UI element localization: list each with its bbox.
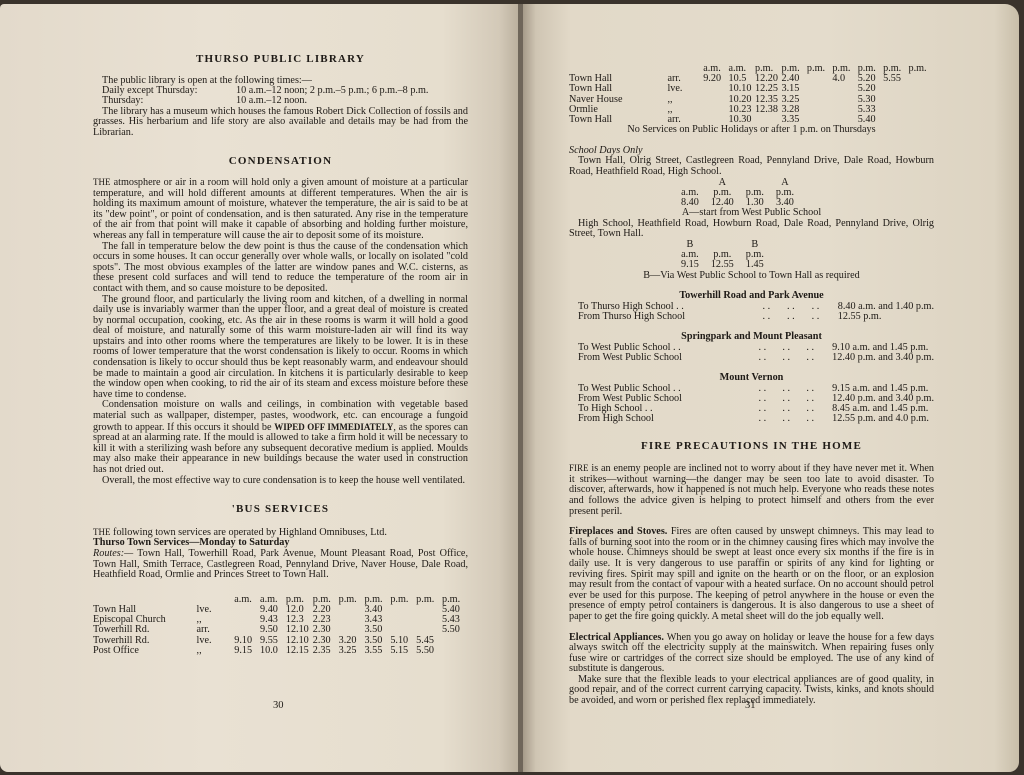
timetable-header-row: a.m.a.m.p.m.p.m.p.m.p.m.p.m.p.m.p.m. xyxy=(93,595,468,605)
right-page-content: a.m.a.m.p.m.p.m.p.m.p.m.p.m.p.m.p.m.Town… xyxy=(569,64,934,707)
condensation-p2: The fall in temperature below the dew po… xyxy=(93,242,468,295)
condensation-p4: Condensation moisture on walls and ceili… xyxy=(93,400,468,475)
departure-time xyxy=(908,84,934,94)
period-label: p.m. xyxy=(416,595,442,605)
page-number-left: 30 xyxy=(273,700,284,711)
period-label: p.m. xyxy=(908,64,934,74)
departure-time xyxy=(908,115,934,125)
departure-time xyxy=(832,105,857,115)
leader-dots: . . xyxy=(750,353,774,363)
departure-time xyxy=(442,646,468,656)
condensation-heading: CONDENSATION xyxy=(93,156,468,167)
direction: lve. xyxy=(667,84,703,94)
schedule-a: AAa.m.p.m.p.m.p.m.8.4012.401.303.40 xyxy=(675,178,800,209)
period-label: p.m. xyxy=(339,595,365,605)
departure-time: 5.15 xyxy=(390,646,416,656)
timetable-row: Town Hallarr.9.2010.512.202.404.05.205.5… xyxy=(569,74,934,84)
timetable-row: Town Halllve.10.1012.253.155.20 xyxy=(569,84,934,94)
leader-dots: . . xyxy=(798,414,822,424)
leader-dots: . . xyxy=(779,312,804,322)
route-time: 12.55 p.m. xyxy=(828,312,934,322)
fireplaces-paragraph: Fireplaces and Stoves. Fires are often c… xyxy=(569,527,934,622)
departure-time: 3.55 xyxy=(364,646,390,656)
departure-time xyxy=(807,105,832,115)
electrical-paragraph: Electrical Appliances. When you go away … xyxy=(569,633,934,675)
leader-dots: . . xyxy=(798,353,822,363)
departure-time xyxy=(390,605,416,615)
departure-time xyxy=(234,605,260,615)
departure-time xyxy=(832,95,857,105)
note-b: B—Via West Public School to Town Hall as… xyxy=(569,271,934,282)
school-route-table: To West Public School . .. .. .. .9.10 a… xyxy=(578,343,934,363)
departure-time xyxy=(883,95,908,105)
timetable-row: Episcopal Church,,9.4312.32.233.435.43 xyxy=(93,615,468,625)
departure-time xyxy=(416,615,442,625)
direction: ,, xyxy=(667,95,703,105)
fire-intro: FIRE is an enemy people are inclined not… xyxy=(569,463,934,517)
departure-time xyxy=(908,95,934,105)
page-number-right: 31 xyxy=(745,700,756,711)
leader-dots: . . xyxy=(774,353,798,363)
schedule-b: BBa.m.p.m.p.m.9.1512.551.45 xyxy=(675,240,770,271)
route-stop: From West Public School xyxy=(578,353,750,363)
bus-timetable-continued: a.m.a.m.p.m.p.m.p.m.p.m.p.m.p.m.p.m.Town… xyxy=(569,64,934,125)
timetable-row: Towerhill Rd.lve.9.109.5512.102.303.203.… xyxy=(93,636,468,646)
departure-time xyxy=(416,605,442,615)
timetable-row: Ormlie,,10.2312.383.285.33 xyxy=(569,105,934,115)
departure-time xyxy=(703,84,728,94)
departure-time: 9.20 xyxy=(703,74,728,84)
school-route-row: From Thurso High School. .. .. .12.55 p.… xyxy=(578,312,934,322)
no-service-note: No Services on Public Holidays or after … xyxy=(569,125,934,136)
school-route-row: From West Public School. .. .. .12.40 p.… xyxy=(578,353,934,363)
timetable-row: Naver House,,10.2012.353.255.30 xyxy=(569,95,934,105)
bus-heading: 'BUS SERVICES xyxy=(93,504,468,515)
bus-timetable: a.m.a.m.p.m.p.m.p.m.p.m.p.m.p.m.p.m.Town… xyxy=(93,595,468,656)
timetable-row: Post Office,,9.1510.012.152.353.253.555.… xyxy=(93,646,468,656)
departure-time: 5.50 xyxy=(442,625,468,635)
departure-time: 2.35 xyxy=(313,646,339,656)
departure-time: 3.25 xyxy=(339,646,365,656)
route-time: 12.40 p.m. and 3.40 p.m. xyxy=(822,353,934,363)
fire-heading: FIRE PRECAUTIONS IN THE HOME xyxy=(569,441,934,452)
departure-time xyxy=(807,74,832,84)
departure-time: 10.0 xyxy=(260,646,286,656)
departure-time: 9.15 xyxy=(234,646,260,656)
stop-name: Post Office xyxy=(93,646,197,656)
departure-time xyxy=(703,105,728,115)
left-page-content: THURSO PUBLIC LIBRARY The public library… xyxy=(93,54,468,656)
direction: ,, xyxy=(197,646,235,656)
library-heading: THURSO PUBLIC LIBRARY xyxy=(93,54,468,65)
leader-dots: . . xyxy=(803,312,828,322)
route-stop: From Thurso High School xyxy=(578,312,754,322)
bus-routes: Routes:— Town Hall, Towerhill Road, Park… xyxy=(93,549,468,581)
school-route-table: To West Public School . .. .. .. .9.15 a… xyxy=(578,384,934,425)
timetable-header-row: a.m.a.m.p.m.p.m.p.m.p.m.p.m.p.m.p.m. xyxy=(569,64,934,74)
route-time: 12.55 p.m. and 4.0 p.m. xyxy=(822,414,934,424)
departure-time xyxy=(908,105,934,115)
route-stop: From High School xyxy=(578,414,750,424)
departure-time xyxy=(832,84,857,94)
direction: lve. xyxy=(197,605,235,615)
departure-time xyxy=(883,105,908,115)
school-route-b: High School, Heathfield Road, Howburn Ro… xyxy=(569,219,934,240)
departure-time xyxy=(807,95,832,105)
school-route-row: From High School. .. .. .12.55 p.m. and … xyxy=(578,414,934,424)
book-spine xyxy=(518,4,523,772)
departure-time: 5.55 xyxy=(883,74,908,84)
departure-time xyxy=(807,84,832,94)
period-label: p.m. xyxy=(807,64,832,74)
school-routes: Towerhill Road and Park AvenueTo Thurso … xyxy=(569,281,934,424)
period-label: a.m. xyxy=(234,595,260,605)
departure-time xyxy=(339,615,365,625)
departure-time xyxy=(883,84,908,94)
departure-time xyxy=(908,74,934,84)
leader-dots: . . xyxy=(774,414,798,424)
departure-time xyxy=(883,115,908,125)
condensation-p3: The ground floor, and particularly the l… xyxy=(93,295,468,401)
departure-time xyxy=(234,615,260,625)
leader-dots: . . xyxy=(754,312,779,322)
timetable-row: Towerhill Rd.arr.9.5012.102.303.505.50 xyxy=(93,625,468,635)
library-museum-text: The library has a museum which houses th… xyxy=(93,107,468,139)
library-hours: Daily except Thursday: 10 a.m.–12 noon; … xyxy=(102,86,428,106)
departure-time xyxy=(390,615,416,625)
departure-time xyxy=(339,605,365,615)
condensation-p5: Overall, the most effective way to cure … xyxy=(93,476,468,487)
departure-time xyxy=(442,636,468,646)
departure-time: 4.0 xyxy=(832,74,857,84)
condensation-p1: THE atmosphere or air in a room will hol… xyxy=(93,177,468,242)
direction: lve. xyxy=(197,636,235,646)
period-label: p.m. xyxy=(390,595,416,605)
departure-time: 12.38 xyxy=(755,105,782,115)
departure-time: 5.50 xyxy=(416,646,442,656)
departure-time xyxy=(703,95,728,105)
school-route-a: Town Hall, Olrig Street, Castlegreen Roa… xyxy=(569,156,934,177)
leader-dots: . . xyxy=(750,414,774,424)
school-route-table: To Thurso High School . .. .. .. .8.40 a… xyxy=(578,302,934,322)
departure-time: 12.15 xyxy=(286,646,313,656)
